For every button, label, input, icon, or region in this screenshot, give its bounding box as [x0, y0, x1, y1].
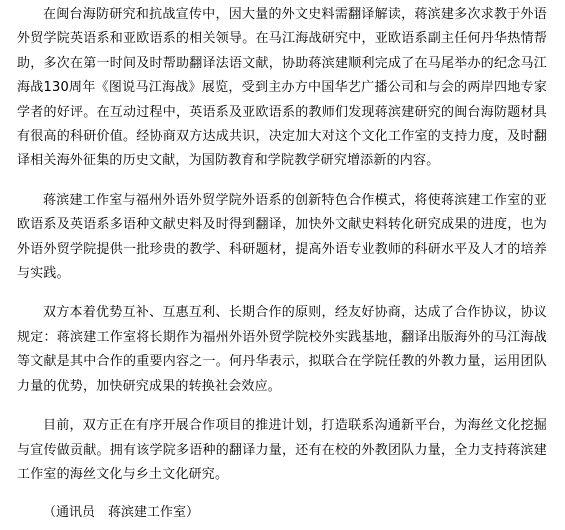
paragraph-research-translation: 在闽台海防研究和抗战宣传中，因大量的外文史料需翻译解读，蒋滨建多次求教于外语外贸…: [17, 3, 547, 174]
byline: （通讯员 蒋滨建工作室）: [17, 501, 547, 525]
paragraph-agreement: 双方本着优势互补、互惠互利、长期合作的原则，经友好协商，达成了合作协议，协议规定…: [17, 301, 547, 399]
paragraph-current-progress: 目前，双方正在有序开展合作项目的推进计划，打造联系沟通新平台，为海丝文化挖掘与宣…: [17, 414, 547, 487]
paragraph-cooperation-model: 蒋滨建工作室与福州外语外贸学院外语系的创新特色合作模式，将使蒋滨建工作室的亚欧语…: [17, 189, 547, 287]
article-body: 在闽台海防研究和抗战宣传中，因大量的外文史料需翻译解读，蒋滨建多次求教于外语外贸…: [0, 0, 565, 525]
